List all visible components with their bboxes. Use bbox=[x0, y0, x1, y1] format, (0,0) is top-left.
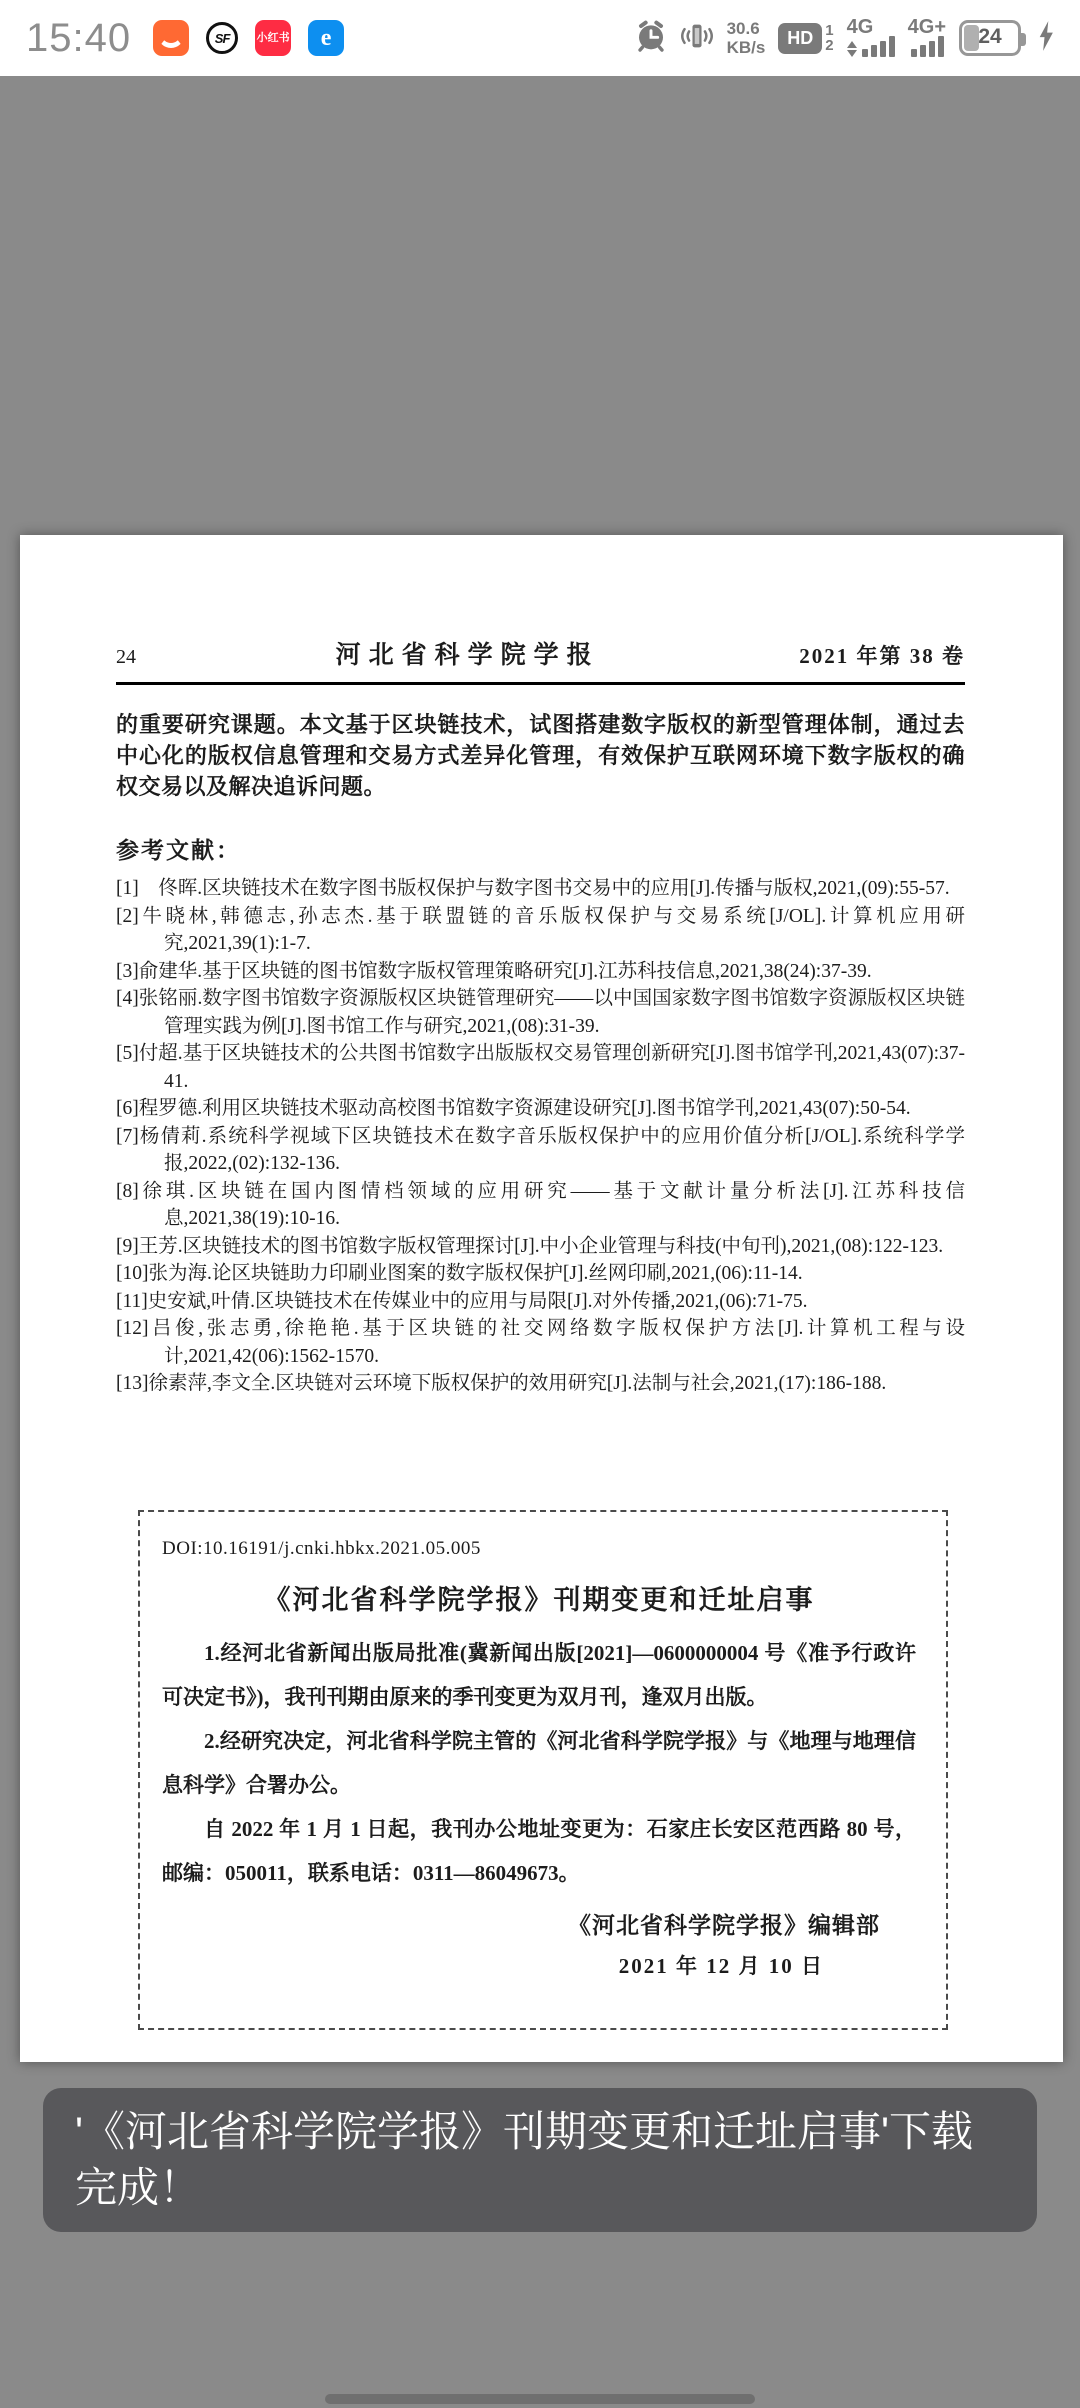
eleme-label: e bbox=[321, 25, 332, 52]
notice-box: DOI:10.16191/j.cnki.hbkx.2021.05.005 《河北… bbox=[138, 1510, 948, 2030]
didi-app-icon bbox=[153, 20, 189, 56]
hd-badge: HD bbox=[778, 23, 822, 54]
updown-arrows-icon bbox=[847, 41, 857, 57]
battery-nub bbox=[1021, 33, 1026, 46]
xhs-label: 小红书 bbox=[257, 32, 290, 44]
reference-item: [12]吕俊,张志勇,徐艳艳.基于区块链的社交网络数字版权保护方法[J].计算机… bbox=[116, 1315, 965, 1370]
references-heading: 参考文献： bbox=[116, 832, 965, 865]
reference-item: [3]俞建华.基于区块链的图书馆数字版权管理策略研究[J].江苏科技信息,202… bbox=[116, 958, 965, 986]
document-viewer[interactable]: 24 河北省科学院学报 2021 年第 38 卷 的重要研究课题。本文基于区块链… bbox=[0, 76, 1080, 2408]
signal-4g-icon: 4G bbox=[847, 19, 895, 57]
vibrate-icon bbox=[680, 21, 714, 56]
hd-voice-icon: HD 1 2 bbox=[778, 23, 833, 54]
notice-signature: 《河北省科学院学报》编辑部 bbox=[162, 1907, 880, 1940]
reference-item: [11]史安斌,叶倩.区块链技术在传媒业中的应用与局限[J].对外传播,2021… bbox=[116, 1288, 965, 1316]
battery-icon: 24 bbox=[959, 20, 1021, 56]
net1-label: 4G bbox=[847, 19, 874, 36]
page-number: 24 bbox=[116, 646, 136, 669]
reference-item: [1] 佟晖.区块链技术在数字图书版权保护与数字图书交易中的应用[J].传播与版… bbox=[116, 875, 965, 903]
notice-paragraph-3: 自 2022 年 1 月 1 日起，我刊办公地址变更为：石家庄长安区范西路 80… bbox=[162, 1807, 916, 1895]
reference-item: [7]杨倩莉.系统科学视域下区块链技术在数字音乐版权保护中的应用价值分析[J/O… bbox=[116, 1123, 965, 1178]
eleme-app-icon: e bbox=[308, 20, 344, 56]
reference-item: [5]付超.基于区块链技术的公共图书馆数字出版版权交易管理创新研究[J].图书馆… bbox=[116, 1040, 965, 1095]
notice-title: 《河北省科学院学报》刊期变更和迁址启事 bbox=[162, 1578, 916, 1617]
battery-percent: 24 bbox=[962, 25, 1018, 49]
reference-item: [10]张为海.论区块链助力印刷业图案的数字版权保护[J].丝网印刷,2021,… bbox=[116, 1260, 965, 1288]
sim1-label: 1 bbox=[825, 23, 833, 38]
status-bar-right: 30.6 KB/s HD 1 2 4G 4G+ bbox=[635, 19, 1054, 57]
page-header: 24 河北省科学院学报 2021 年第 38 卷 bbox=[116, 635, 965, 685]
network-speed-unit: KB/s bbox=[727, 38, 766, 57]
reference-item: [13]徐素萍,李文全.区块链对云环境下版权保护的效用研究[J].法制与社会,2… bbox=[116, 1370, 965, 1398]
network-speed: 30.6 KB/s bbox=[727, 19, 766, 57]
status-bar[interactable]: 15:40 SF 小红书 e bbox=[0, 0, 1080, 76]
notification-app-icons: SF 小红书 e bbox=[153, 20, 344, 56]
journal-title: 河北省科学院学报 bbox=[136, 635, 799, 671]
references-list: [1] 佟晖.区块链技术在数字图书版权保护与数字图书交易中的应用[J].传播与版… bbox=[116, 875, 965, 1398]
network-speed-value: 30.6 bbox=[727, 19, 760, 38]
pdf-page: 24 河北省科学院学报 2021 年第 38 卷 的重要研究课题。本文基于区块链… bbox=[20, 535, 1063, 2062]
net2-label: 4G+ bbox=[908, 19, 946, 36]
sim2-label: 2 bbox=[825, 38, 833, 53]
doi-text: DOI:10.16191/j.cnki.hbkx.2021.05.005 bbox=[162, 1538, 916, 1560]
notice-date: 2021 年 12 月 10 日 bbox=[162, 1950, 824, 1980]
notice-paragraph-2: 2.经研究决定，河北省科学院主管的《河北省科学院学报》与《地理与地理信息科学》合… bbox=[162, 1719, 916, 1807]
sf-label: SF bbox=[215, 31, 230, 46]
reference-item: [4]张铭丽.数字图书馆数字资源版权区块链管理研究——以中国国家数字图书馆数字资… bbox=[116, 985, 965, 1040]
signal-4g-plus-icon: 4G+ bbox=[908, 19, 946, 57]
body-paragraph: 的重要研究课题。本文基于区块链技术，试图搭建数字版权的新型管理体制，通过去中心化… bbox=[116, 709, 965, 802]
charging-bolt-icon bbox=[1038, 21, 1054, 56]
signal-bars-2 bbox=[908, 36, 944, 57]
clock-time: 15:40 bbox=[26, 16, 131, 61]
reference-item: [2]牛晓林,韩德志,孙志杰.基于联盟链的音乐版权保护与交易系统[J/OL].计… bbox=[116, 903, 965, 958]
toast-message: '《河北省科学院学报》刊期变更和迁址启事'下载完成！ bbox=[75, 2108, 973, 2211]
alarm-clock-icon bbox=[635, 20, 667, 57]
reference-item: [9]王芳.区块链技术的图书馆数字版权管理探讨[J].中小企业管理与科技(中旬刊… bbox=[116, 1233, 965, 1261]
didi-smile-glyph bbox=[158, 34, 184, 48]
signal-bars bbox=[859, 36, 895, 57]
reference-item: [6]程罗德.利用区块链技术驱动高校图书馆数字资源建设研究[J].图书馆学刊,2… bbox=[116, 1095, 965, 1123]
sf-express-app-icon: SF bbox=[206, 22, 238, 54]
xiaohongshu-app-icon: 小红书 bbox=[255, 20, 291, 56]
phone-screen: 15:40 SF 小红书 e bbox=[0, 0, 1080, 2408]
download-complete-toast: '《河北省科学院学报》刊期变更和迁址启事'下载完成！ bbox=[43, 2088, 1037, 2232]
home-indicator-handle[interactable] bbox=[325, 2394, 755, 2404]
notice-paragraph-1: 1.经河北省新闻出版局批准(冀新闻出版[2021]—0600000004 号《准… bbox=[162, 1631, 916, 1719]
reference-item: [8]徐琪.区块链在国内图情档领域的应用研究——基于文献计量分析法[J].江苏科… bbox=[116, 1178, 965, 1233]
volume-info: 2021 年第 38 卷 bbox=[799, 640, 965, 670]
